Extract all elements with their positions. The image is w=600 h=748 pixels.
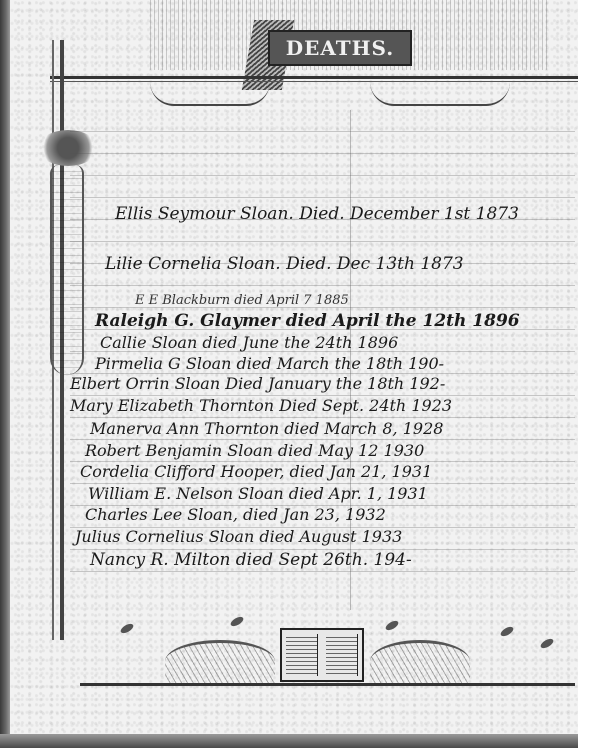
death-entry: Raleigh G. Glaymer died April the 12th 1… [95,311,520,331]
scroll-ornament-left [150,82,270,106]
book-page-right [326,634,358,676]
death-entry: E E Blackburn died April 7 1885 [135,293,349,308]
death-entry: Manerva Ann Thornton died March 8, 1928 [90,419,443,438]
death-entry: Lilie Cornelia Sloan. Died. Dec 13th 187… [105,254,464,274]
footer-rule [80,683,575,686]
leaf-icon [499,625,515,638]
leaf-icon [384,619,400,632]
page-bottom-edge [0,734,578,748]
scroll-ornament-right [370,82,510,106]
fern-left-icon [165,640,275,683]
death-entry: Charles Lee Sloan, died Jan 23, 1932 [85,505,386,524]
death-entry: Robert Benjamin Sloan died May 12 1930 [85,441,424,460]
open-book-icon [280,628,364,682]
death-entry: Elbert Orrin Sloan Died January the 18th… [70,374,445,393]
scanned-page: DEATHS. Ellis Seymour Sloan. Died. Decem… [0,0,578,748]
book-page-left [286,634,318,676]
death-entry: Nancy R. Milton died Sept 26th. 194- [90,550,412,570]
leaf-icon [119,622,135,635]
death-entry: Cordelia Clifford Hooper, died Jan 21, 1… [80,462,432,481]
death-entry: William E. Nelson Sloan died Apr. 1, 193… [88,484,428,503]
death-entry: Pirmelia G Sloan died March the 18th 190… [95,354,444,373]
header-rule [50,76,580,79]
death-entry: Mary Elizabeth Thornton Died Sept. 24th … [70,396,452,415]
fern-right-icon [370,640,470,683]
scan-margin [578,0,600,748]
title-plate: DEATHS. [268,30,412,66]
death-entry: Callie Sloan died June the 24th 1896 [100,333,398,352]
leaf-icon [229,615,245,628]
page-binding-edge [0,0,10,748]
leaf-icon [539,637,555,650]
page-title: DEATHS. [286,36,394,60]
death-entry: Ellis Seymour Sloan. Died. December 1st … [115,204,519,224]
death-entry: Julius Cornelius Sloan died August 1933 [75,527,402,546]
